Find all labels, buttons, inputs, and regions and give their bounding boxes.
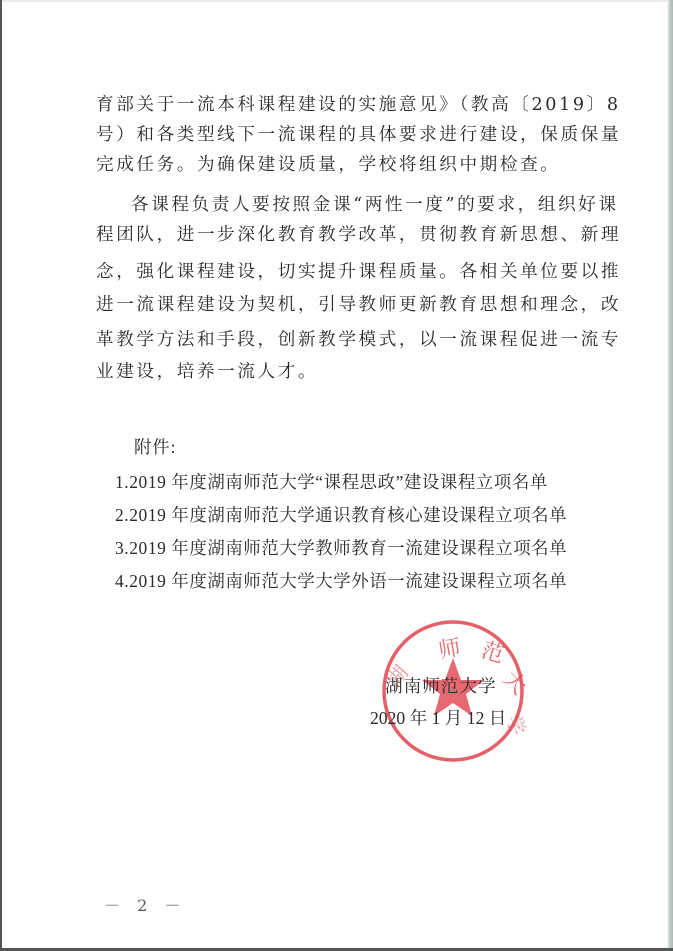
signing-organization: 湖南师范大学 [385,676,497,696]
page-top-edge [0,0,673,2]
svg-text:大: 大 [498,667,526,700]
paragraph-line: 业建设，培养一流人才。 [96,362,318,382]
signing-date: 2020 年 1 月 12 日 [370,708,506,728]
attachment-item: 2.2019 年度湖南师范大学通识教育核心建设课程立项名单 [115,505,567,525]
page-right-edge [667,0,673,951]
paragraph-line: 各课程负责人要按照金课“两性一度”的要求，组织好课 [131,195,619,215]
attachment-item: 3.2019 年度湖南师范大学教师教育一流建设课程立项名单 [115,538,567,558]
page-left-border [0,0,2,951]
paragraph-line: 革教学方法和手段，创新教学模式，以一流课程促进一流专 [96,330,621,350]
page-number: － 2 － [104,893,186,916]
paragraph-line: 完成任务。为确保建设质量，学校将组织中期检查。 [96,155,560,175]
paragraph-line: 育部关于一流本科课程建设的实施意见》（教高〔2019〕8 [96,95,621,115]
svg-text:范: 范 [478,638,507,669]
svg-text:师: 师 [437,635,463,663]
attachment-item: 1.2019 年度湖南师范大学“课程思政”建设课程立项名单 [115,472,548,492]
attachment-item: 4.2019 年度湖南师范大学大学外语一流建设课程立项名单 [115,571,567,591]
paragraph-line: 进一流课程建设为契机，引导教师更新教育思想和理念，改 [96,295,621,315]
paragraph-line: 号）和各类型线下一流课程的具体要求进行建设，保质保量 [96,125,621,145]
paragraph-line: 念，强化课程建设，切实提升课程质量。各相关单位要以推 [96,262,621,282]
paragraph-line: 程团队，进一步深化教育教学改革，贯彻教育新思想、新理 [96,225,621,245]
attachments-heading: 附件: [134,437,176,457]
